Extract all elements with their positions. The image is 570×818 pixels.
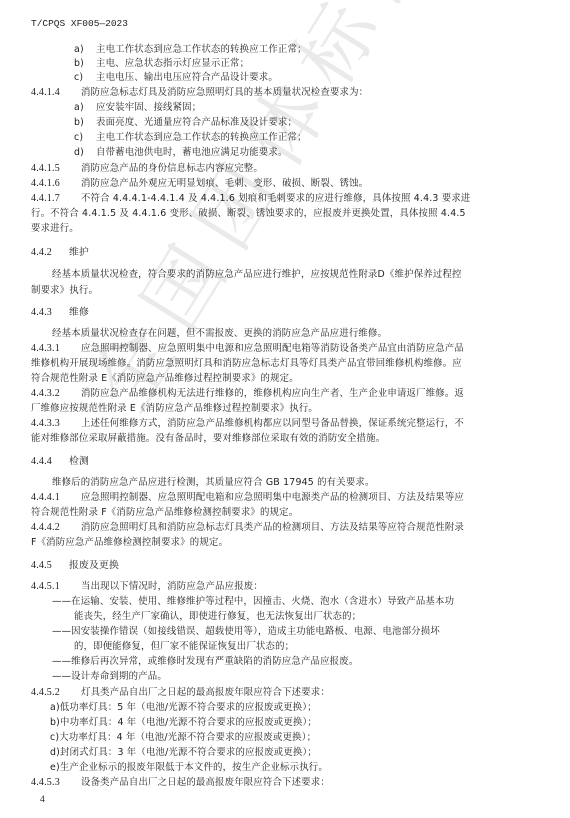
paragraph-line: 行。不符合 4.4.1.5 及 4.4.1.6 变形、破损、断裂、锈蚀要求的，应…	[31, 207, 466, 220]
list-item: c)主电工作状态到应急工作状态的转换应工作正常；	[74, 131, 307, 144]
clause-4-4-5-3: 4.4.5.3设备类产品自出厂之日起的最高报废年限应符合下述要求：	[31, 776, 330, 789]
list-item: d)封闭式灯具：3 年（电池/光源不符合要求的应报废或更换）；	[50, 746, 317, 759]
section-heading-4-4-4: 4.4.4检测	[31, 455, 89, 468]
paragraph-line: 厂维修应按规范性附录 E《消防应急产品维修过程控制要求》执行。	[31, 402, 318, 415]
dash-item: ——维修后再次异常，或维修时发现有严重缺陷的消防应急产品应报废。	[52, 655, 358, 668]
list-item: a)主电工作状态到应急工作状态的转换应工作正常；	[74, 43, 307, 56]
list-item: d)自带蓄电池供电时，蓄电池应满足功能要求。	[74, 146, 288, 159]
clause-4-4-1-6: 4.4.1.6消防应急产品外观应无明显划痕、毛刺、变形、破损、断裂、锈蚀。	[31, 177, 368, 190]
paragraph-line: 经基本质量状况检查存在问题，但不需报废、更换的消防应急产品应进行维修。	[52, 327, 387, 340]
section-heading-4-4-2: 4.4.2维护	[31, 246, 89, 259]
paragraph-line: 维修后的消防应急产品应进行检测，其质量应符合 GB 17945 的有关要求。	[52, 476, 375, 489]
list-item: c)主电电压、输出电压应符合产品设计要求。	[74, 71, 278, 84]
page-number: 4	[40, 795, 45, 805]
section-heading-4-4-3: 4.4.3维修	[31, 306, 89, 319]
list-item: b)主电、应急状态指示灯应显示正常；	[74, 57, 249, 70]
clause-4-4-5-1: 4.4.5.1当出现以下情况时，消防应急产品应报废：	[31, 580, 263, 593]
paragraph-line: 经基本质量状况检查，符合要求的消防应急产品应进行维护，应按规范性附录D《维护保养…	[52, 268, 462, 281]
paragraph-line: 能丧失，经生产厂家确认，即使进行修复，也无法恢复出厂状态的；	[74, 610, 361, 623]
list-item: a)应安装牢固、接线紧固；	[74, 101, 201, 114]
clause-4-4-3-2: 4.4.3.2消防应急产品维修机构无法进行维修的，维修机构应向生产者、生产企业申…	[31, 387, 464, 400]
paragraph-line: 维修机构开展现场维修。消防应急照明灯具和消防应急标志灯具等灯具类产品宜带回维修机…	[31, 357, 462, 370]
document-page: 全国团体标准信息平台 T/CPQS XF005—2023 a)主电工作状态到应急…	[0, 0, 570, 818]
clause-4-4-4-1: 4.4.4.1应急照明控制器、应急照明配电箱和应急照明集中电源类产品的检测项目、…	[31, 491, 464, 504]
section-heading-4-4-5: 4.4.5报废及更换	[31, 559, 119, 572]
paragraph-line: 能对维修部位采取屏蔽措施。没有备品时，要对维修部位采取有效的消防安全措施。	[31, 432, 385, 445]
paragraph-line: F《消防应急产品维修检测控制要求》的规定。	[31, 536, 228, 549]
list-item: a)低功率灯具：5 年（电池/光源不符合要求的应报废或更换）；	[50, 701, 317, 714]
list-item: b)表面亮度、光通量应符合产品标准及设计要求；	[74, 116, 297, 129]
clause-4-4-1-4: 4.4.1.4消防应急标志灯具及消防应急照明灯具的基本质量状况检查要求为：	[31, 86, 368, 99]
list-item: e)生产企业标示的报废年限低于本文件的，按生产企业标示执行。	[50, 761, 328, 774]
paragraph-line: 要求进行。	[31, 222, 79, 235]
clause-4-4-3-1: 4.4.3.1应急照明控制器、应急照明集中电源和应急照明配电箱等消防设备类产品宜…	[31, 342, 464, 355]
paragraph-line: 制要求》执行。	[31, 284, 98, 297]
clause-4-4-1-5: 4.4.1.5消防应急产品的身份信息标志内容应完整。	[31, 162, 263, 175]
paragraph-line: 符合规范性附录 F《消防应急产品维修检测控制要求》的规定。	[31, 506, 298, 519]
clause-4-4-5-2: 4.4.5.2灯具类产品自出厂之日起的最高报废年限应符合下述要求：	[31, 686, 330, 699]
document-id: T/CPQS XF005—2023	[31, 18, 128, 29]
list-item: b)中功率灯具：4 年（电池/光源不符合要求的应报废或更换）；	[50, 716, 317, 729]
dash-item: ——设计寿命到期的产品。	[52, 670, 167, 683]
clause-4-4-3-3: 4.4.3.3上述任何维修方式，消防应急产品维修机构都应以同型号备品替换，保证系…	[31, 417, 464, 430]
dash-item: ——在运输、安装、使用、维修维护等过程中，因撞击、火烧、泡水（含进水）导致产品基…	[52, 595, 454, 608]
list-item: c)大功率灯具：4 年（电池/光源不符合要求的应报废或更换）；	[50, 731, 316, 744]
paragraph-line: 的，即便能修复，但厂家不能保证恢复出厂状态的；	[74, 640, 294, 653]
clause-4-4-1-7: 4.4.1.7不符合 4.4.4.1-4.4.1.4 及 4.4.1.6 划痕和…	[31, 192, 471, 205]
clause-4-4-4-2: 4.4.4.2消防应急照明灯具和消防应急标志灯具类产品的检测项目、方法及结果等应…	[31, 521, 464, 534]
dash-item: ——因安装操作错误（如接线错误、超载使用等），造成主功能电路板、电源、电池部分损…	[52, 625, 440, 638]
paragraph-line: 符合规范性附录 E《消防应急产品维修过程控制要求》的规定。	[31, 372, 299, 385]
